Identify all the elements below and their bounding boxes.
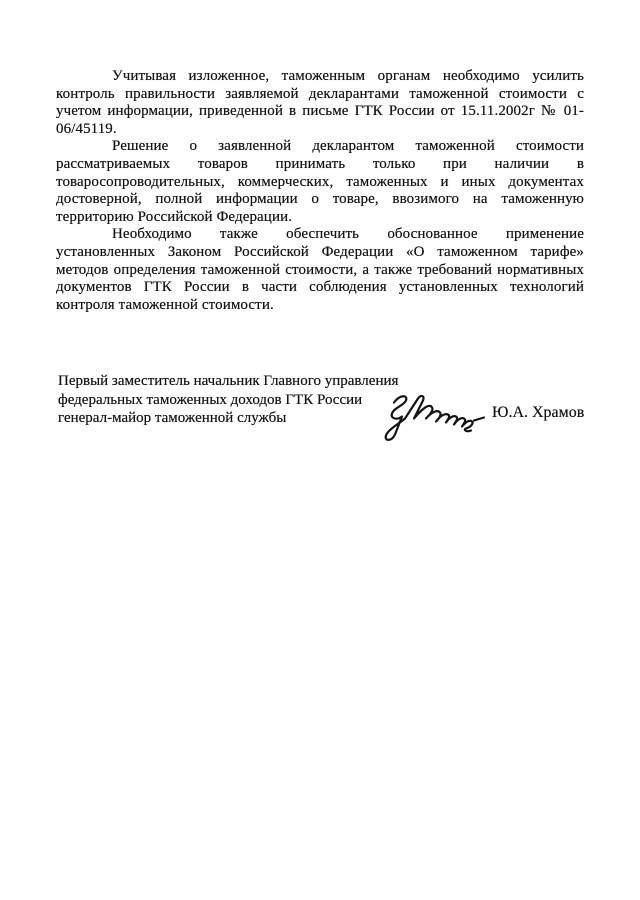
letter-body: Учитывая изложенное, таможенным органам … [56,68,584,314]
signature-block: Первый заместитель начальник Главного уп… [58,372,598,452]
signer-title-line-3: генерал-майор таможенной службы [58,409,418,428]
signer-title-line-1: Первый заместитель начальник Главного уп… [58,372,418,391]
signer-title-line-2: федеральных таможенных доходов ГТК Росси… [58,391,418,410]
handwritten-signature-icon [378,390,490,446]
paragraph-1: Учитывая изложенное, таможенным органам … [56,68,584,138]
paragraph-3: Необходимо также обеспечить обоснованное… [56,226,584,314]
paragraph-2: Решение о заявленной декларантом таможен… [56,138,584,226]
signer-name: Ю.А. Храмов [492,404,584,422]
scanned-letter-page: Учитывая изложенное, таможенным органам … [0,0,640,900]
signer-title-lines: Первый заместитель начальник Главного уп… [58,372,418,428]
